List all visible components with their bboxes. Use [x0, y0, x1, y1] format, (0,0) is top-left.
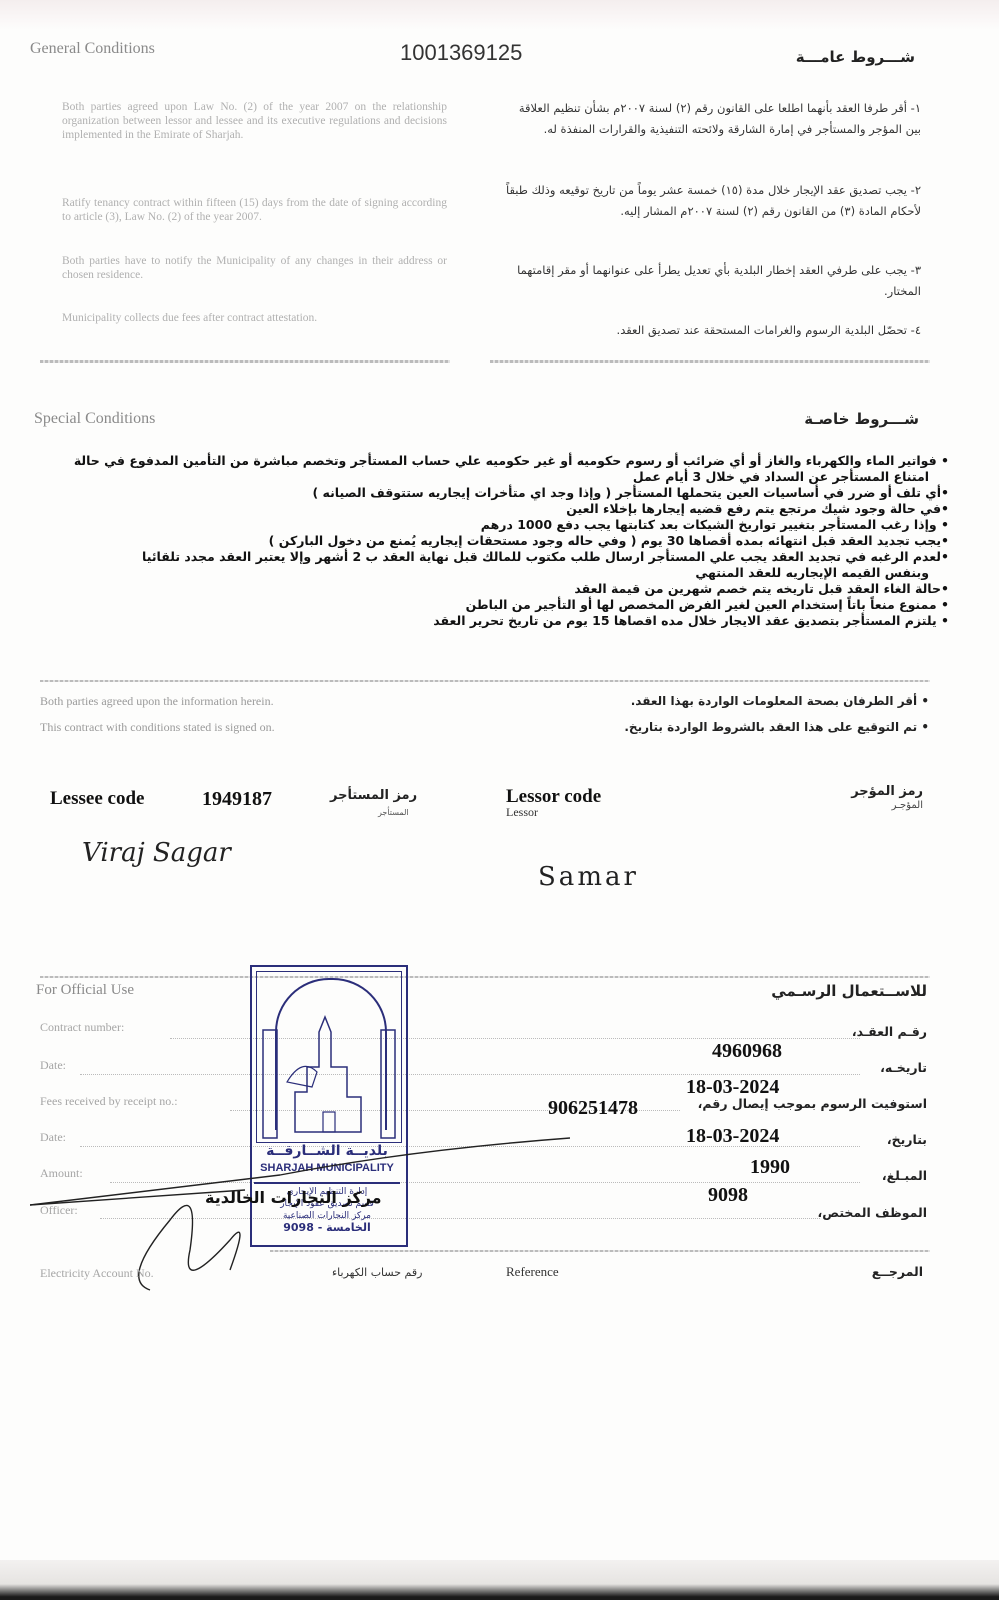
official-label-ar: بتاريخ،	[887, 1132, 927, 1147]
general-condition-en-3: Both parties have to notify the Municipa…	[62, 254, 447, 282]
general-conditions-heading-en: General Conditions	[30, 40, 155, 58]
divider	[40, 680, 930, 682]
stamp-frame	[256, 971, 402, 1143]
page-bottom-edge	[0, 1560, 999, 1600]
special-condition-line: امتناع المستأجر عن السداد في خلال 3 أيام…	[19, 469, 929, 485]
reference-label-en: Reference	[506, 1264, 559, 1280]
general-conditions-heading-ar: شـــروط عامـــة	[796, 48, 915, 66]
official-label-en: Date:	[40, 1058, 66, 1073]
agreement-line-ar-2: • تم التوقيع على هذا العقد بالشروط الوار…	[624, 720, 929, 734]
contract-date-value: 18-03-2024	[686, 1076, 779, 1099]
agreement-line-en-1: Both parties agreed upon the information…	[40, 694, 274, 709]
special-condition-line: •يجب تجديد العقد قبل انتهائه بمده أقصاها…	[19, 533, 949, 549]
official-use-heading-ar: للاســتعمال الرسـمي	[771, 982, 927, 1000]
special-conditions-heading-ar: شـــروط خاصـة	[804, 410, 919, 428]
agreement-line-ar-1: • أقر الطرفان بصحة المعلومات الواردة بهذ…	[631, 694, 929, 708]
reference-label-ar: المرجــع	[872, 1264, 923, 1279]
lessee-code-label-ar: رمز المستأجر	[330, 788, 417, 803]
agreement-line-en-2: This contract with conditions stated is …	[40, 720, 275, 735]
lessee-label-ar-small: المستأجر	[378, 808, 409, 817]
special-condition-line: •حالة الغاء العقد قبل تاريخه يتم خصم شهر…	[19, 581, 949, 597]
special-condition-line: • ممنوع منعاً باتاً إستخدام العين لغير ا…	[19, 597, 949, 613]
general-condition-ar-3: ٣- يجب على طرفي العقد إخطار البلدية بأي …	[501, 260, 921, 302]
general-condition-ar-2: ٢- يجب تصديق عقد الإيجار خلال مدة (١٥) خ…	[501, 180, 921, 222]
general-condition-ar-1: ١- أقر طرفا العقد بأنهما اطلعا على القان…	[501, 98, 921, 140]
divider	[270, 1250, 930, 1252]
receipt-number-value: 906251478	[548, 1097, 638, 1120]
general-condition-ar-4: ٤- تحصّل البلدية الرسوم والغرامات المستح…	[501, 320, 921, 341]
special-condition-line: • يلتزم المستأجر بتصديق عقد الايجار خلال…	[19, 613, 949, 629]
official-label-ar: رقـم العقـد،	[852, 1024, 927, 1039]
official-label-en: Contract number:	[40, 1020, 124, 1035]
stamp-city-emblem-icon	[257, 972, 401, 1142]
special-conditions-heading-en: Special Conditions	[34, 410, 155, 428]
lessor-label-small: Lessor	[506, 805, 538, 820]
receipt-date-value: 18-03-2024	[686, 1125, 779, 1148]
general-condition-en-4: Municipality collects due fees after con…	[62, 311, 447, 325]
special-condition-line: • فواتير الماء والكهرباء والغاز أو أي ضر…	[19, 453, 949, 469]
special-condition-line: وبنفس القيمه الإيجاريه للعقد المنتهي	[19, 565, 929, 581]
electricity-account-label-ar: رقم حساب الكهرباء	[332, 1266, 422, 1279]
special-condition-line: • وإذا رغب المستأجر بتغيير تواريخ الشيكا…	[19, 517, 949, 533]
lessee-signature: Viraj Sagar	[82, 838, 231, 868]
special-condition-line: •في حالة وجود شيك مرتجع يتم رفع قضيه إيج…	[19, 501, 949, 517]
lessor-signature: Samar	[538, 862, 639, 892]
contract-reference-number: 1001369125	[400, 40, 522, 66]
divider	[40, 976, 930, 978]
page-top-shadow	[0, 0, 999, 30]
special-condition-line: •لعدم الرغبه في تجديد العقد يجب علي المس…	[19, 549, 949, 565]
general-condition-en-1: Both parties agreed upon Law No. (2) of …	[62, 100, 447, 142]
lessee-code-label: Lessee code	[50, 788, 144, 810]
official-label-ar: الموظف المختص،	[818, 1205, 927, 1220]
special-condition-line: •أي تلف أو ضرر في أساسيات العين يتحملها …	[19, 485, 949, 501]
official-label-en: Fees received by receipt no.:	[40, 1094, 178, 1109]
electricity-account-label-en: Electricity Account No.	[40, 1266, 154, 1281]
special-conditions-list: • فواتير الماء والكهرباء والغاز أو أي ضر…	[19, 453, 949, 629]
divider	[40, 360, 450, 363]
lessor-code-label-ar: رمز المؤجر	[851, 784, 923, 799]
divider	[490, 360, 930, 363]
amount-value: 1990	[750, 1156, 790, 1179]
dotted-line	[80, 1074, 860, 1075]
official-label-ar: المبـلغ،	[882, 1168, 927, 1183]
lessor-label-ar-small: المؤجـر	[892, 800, 923, 811]
general-condition-en-2: Ratify tenancy contract within fifteen (…	[62, 196, 447, 224]
contract-number-value: 4960968	[712, 1040, 782, 1063]
lessee-code-value: 1949187	[202, 788, 272, 811]
official-use-heading-en: For Official Use	[36, 982, 134, 999]
official-label-ar: تاريخـه،	[880, 1060, 927, 1075]
officer-value: 9098	[708, 1184, 748, 1207]
